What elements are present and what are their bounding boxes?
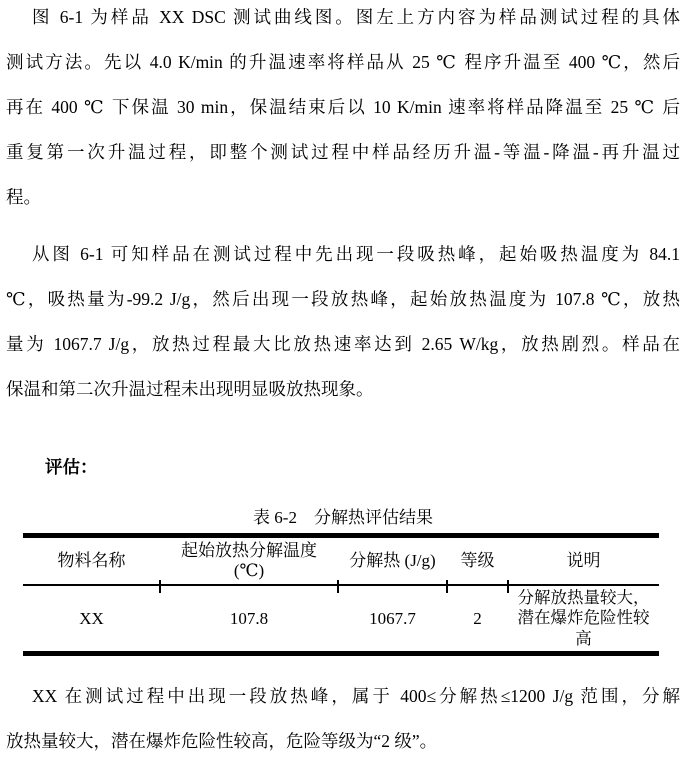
paragraph-line: 放热量较大，潜在爆炸危险性较高，危险等级为“2 级”。	[6, 719, 680, 764]
evaluation-heading: 评估：	[6, 445, 680, 490]
column-divider-tick	[337, 580, 339, 593]
paragraph-conclusion: XX 在测试过程中出现一段放热峰，属于 400≤分解热≤1200 J/g 范围，…	[6, 674, 680, 764]
header-onset-temperature: 起始放热分解温度 (℃)	[160, 541, 338, 581]
paragraph-line: 图 6-1 为样品 XX DSC 测试曲线图。图左上方内容为样品测试过程的具体	[6, 0, 680, 40]
column-divider-tick	[159, 580, 161, 593]
table-caption: 表 6-2 分解热评估结果	[0, 503, 686, 533]
paragraph-results: 从图 6-1 可知样品在测试过程中先出现一段吸热峰，起始吸热温度为 84.1 ℃…	[6, 232, 680, 412]
paragraph-line: XX 在测试过程中出现一段放热峰，属于 400≤分解热≤1200 J/g 范围，…	[6, 674, 680, 719]
header-decomposition-heat: 分解热 (J/g)	[338, 551, 447, 571]
paragraph-method: 图 6-1 为样品 XX DSC 测试曲线图。图左上方内容为样品测试过程的具体 …	[6, 0, 680, 220]
paragraph-line: 重复第一次升温过程，即整个测试过程中样品经历升温-等温-降温-再升温过	[6, 130, 680, 175]
header-grade: 等级	[447, 551, 508, 571]
cell-decomposition-heat: 1067.7	[338, 609, 447, 629]
paragraph-line: 从图 6-1 可知样品在测试过程中先出现一段吸热峰，起始吸热温度为 84.1	[6, 232, 680, 277]
paragraph-line: 程。	[6, 175, 680, 220]
cell-material-name: XX	[23, 609, 160, 629]
table-data-row: XX 107.8 1067.7 2 分解放热量较大，潜在爆炸危险性较高	[23, 586, 659, 651]
header-material-name: 物料名称	[23, 551, 160, 571]
paragraph-line: 量为 1067.7 J/g，放热过程最大比放热速率达到 2.65 W/kg，放热…	[6, 322, 680, 367]
cell-onset-temperature: 107.8	[160, 609, 338, 629]
paragraph-line: ℃，吸热量为-99.2 J/g，然后出现一段放热峰，起始放热温度为 107.8 …	[6, 277, 680, 322]
paragraph-line: 保温和第二次升温过程未出现明显吸放热现象。	[6, 367, 680, 412]
header-onset-temperature-line1: 起始放热分解温度	[160, 541, 338, 561]
cell-description: 分解放热量较大，潜在爆炸危险性较高	[508, 588, 659, 650]
header-onset-temperature-line2: (℃)	[160, 561, 338, 581]
evaluation-table: 物料名称 起始放热分解温度 (℃) 分解热 (J/g) 等级 说明 XX 107…	[23, 533, 659, 656]
header-description: 说明	[508, 551, 659, 571]
cell-grade: 2	[447, 609, 508, 629]
paragraph-line: 测试方法。先以 4.0 K/min 的升温速率将样品从 25 ℃ 程序升温至 4…	[6, 40, 680, 85]
column-divider-tick	[446, 580, 448, 593]
column-divider-tick	[507, 580, 509, 593]
paragraph-line: 再在 400 ℃ 下保温 30 min，保温结束后以 10 K/min 速率将样…	[6, 85, 680, 130]
table-header-row: 物料名称 起始放热分解温度 (℃) 分解热 (J/g) 等级 说明	[23, 538, 659, 586]
